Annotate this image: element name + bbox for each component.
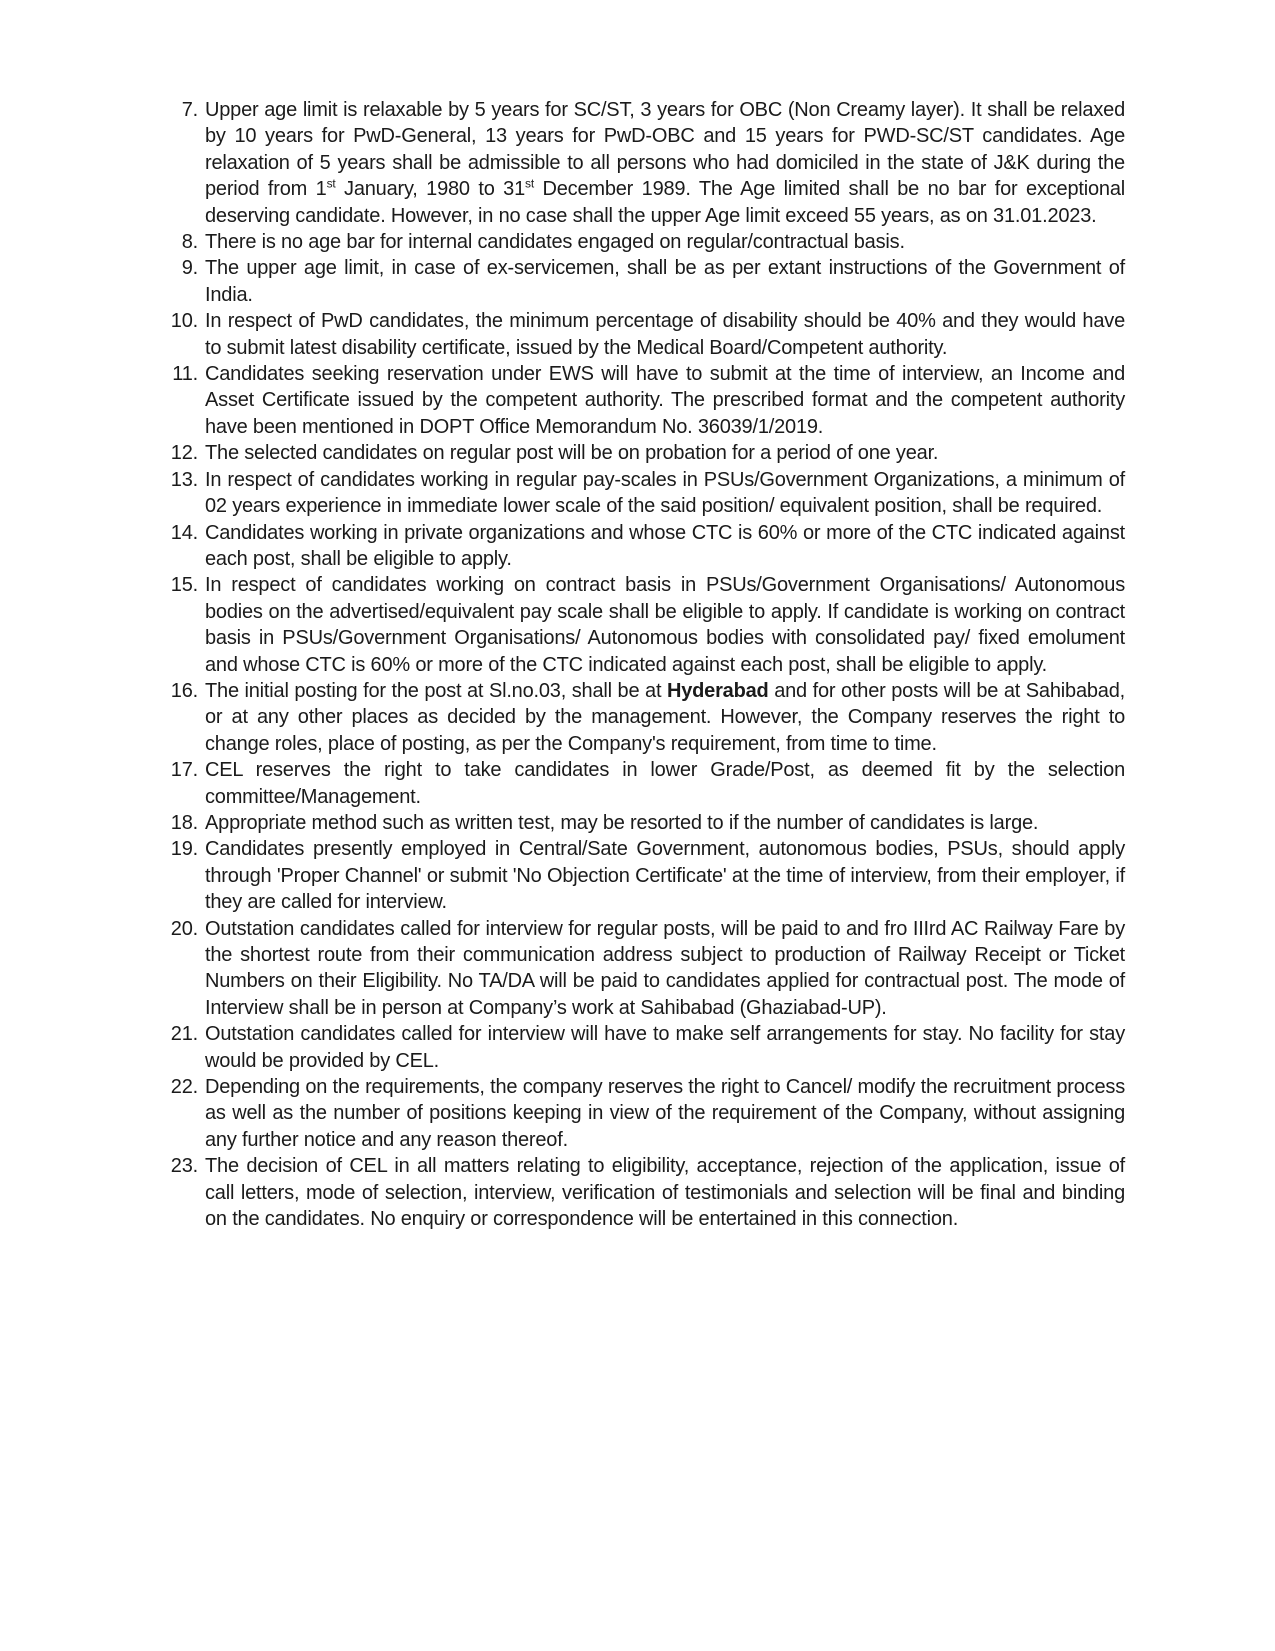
list-item: 22.Depending on the requirements, the co… (145, 1074, 1125, 1153)
bold-text: Hyderabad (667, 680, 769, 702)
text-run: CEL reserves the right to take candidate… (205, 759, 1125, 807)
item-number: 15. (145, 572, 205, 598)
item-number: 16. (145, 678, 205, 704)
text-run: There is no age bar for internal candida… (205, 231, 905, 253)
item-text: Candidates presently employed in Central… (205, 836, 1125, 915)
item-text: Outstation candidates called for intervi… (205, 1021, 1125, 1074)
text-run: Appropriate method such as written test,… (205, 812, 1038, 834)
list-item: 14.Candidates working in private organiz… (145, 520, 1125, 573)
list-item: 13.In respect of candidates working in r… (145, 467, 1125, 520)
text-run: January, 1980 to 31 (336, 178, 526, 200)
list-item: 20.Outstation candidates called for inte… (145, 916, 1125, 1022)
item-number: 22. (145, 1074, 205, 1100)
list-item: 23.The decision of CEL in all matters re… (145, 1153, 1125, 1232)
text-run: Candidates working in private organizati… (205, 522, 1125, 570)
list-item: 8.There is no age bar for internal candi… (145, 229, 1125, 255)
item-number: 19. (145, 836, 205, 862)
item-number: 12. (145, 440, 205, 466)
text-run: Outstation candidates called for intervi… (205, 918, 1125, 1019)
item-text: Depending on the requirements, the compa… (205, 1074, 1125, 1153)
item-text: The selected candidates on regular post … (205, 440, 1125, 466)
superscript-text: st (327, 177, 336, 191)
list-item: 7.Upper age limit is relaxable by 5 year… (145, 97, 1125, 229)
item-number: 7. (145, 97, 205, 123)
item-number: 13. (145, 467, 205, 493)
item-text: CEL reserves the right to take candidate… (205, 757, 1125, 810)
text-run: In respect of candidates working on cont… (205, 574, 1125, 675)
item-number: 21. (145, 1021, 205, 1047)
list-item: 15.In respect of candidates working on c… (145, 572, 1125, 678)
item-number: 18. (145, 810, 205, 836)
item-text: Upper age limit is relaxable by 5 years … (205, 97, 1125, 229)
list-item: 17.CEL reserves the right to take candid… (145, 757, 1125, 810)
superscript-text: st (525, 177, 534, 191)
item-number: 11. (145, 361, 205, 387)
item-text: Appropriate method such as written test,… (205, 810, 1125, 836)
list-item: 18.Appropriate method such as written te… (145, 810, 1125, 836)
text-run: Depending on the requirements, the compa… (205, 1076, 1125, 1151)
list-item: 12.The selected candidates on regular po… (145, 440, 1125, 466)
item-number: 20. (145, 916, 205, 942)
item-number: 23. (145, 1153, 205, 1179)
list-item: 10.In respect of PwD candidates, the min… (145, 308, 1125, 361)
item-text: In respect of candidates working in regu… (205, 467, 1125, 520)
numbered-list: 7.Upper age limit is relaxable by 5 year… (145, 97, 1125, 1232)
list-item: 16.The initial posting for the post at S… (145, 678, 1125, 757)
item-number: 14. (145, 520, 205, 546)
item-text: The upper age limit, in case of ex-servi… (205, 255, 1125, 308)
text-run: Candidates presently employed in Central… (205, 838, 1125, 913)
item-number: 17. (145, 757, 205, 783)
item-number: 10. (145, 308, 205, 334)
text-run: The decision of CEL in all matters relat… (205, 1155, 1125, 1230)
text-run: In respect of candidates working in regu… (205, 469, 1125, 517)
item-number: 9. (145, 255, 205, 281)
list-item: 19.Candidates presently employed in Cent… (145, 836, 1125, 915)
document-page: 7.Upper age limit is relaxable by 5 year… (0, 0, 1275, 1651)
item-text: In respect of PwD candidates, the minimu… (205, 308, 1125, 361)
text-run: In respect of PwD candidates, the minimu… (205, 310, 1125, 358)
text-run: Outstation candidates called for intervi… (205, 1023, 1125, 1071)
item-text: The decision of CEL in all matters relat… (205, 1153, 1125, 1232)
list-item: 21.Outstation candidates called for inte… (145, 1021, 1125, 1074)
item-text: In respect of candidates working on cont… (205, 572, 1125, 678)
item-text: Candidates working in private organizati… (205, 520, 1125, 573)
text-run: Candidates seeking reservation under EWS… (205, 363, 1125, 438)
item-text: The initial posting for the post at Sl.n… (205, 678, 1125, 757)
text-run: The selected candidates on regular post … (205, 442, 938, 464)
text-run: The upper age limit, in case of ex-servi… (205, 257, 1125, 305)
item-text: Candidates seeking reservation under EWS… (205, 361, 1125, 440)
list-item: 9.The upper age limit, in case of ex-ser… (145, 255, 1125, 308)
item-text: Outstation candidates called for intervi… (205, 916, 1125, 1022)
list-item: 11.Candidates seeking reservation under … (145, 361, 1125, 440)
item-number: 8. (145, 229, 205, 255)
text-run: The initial posting for the post at Sl.n… (205, 680, 667, 702)
item-text: There is no age bar for internal candida… (205, 229, 1125, 255)
